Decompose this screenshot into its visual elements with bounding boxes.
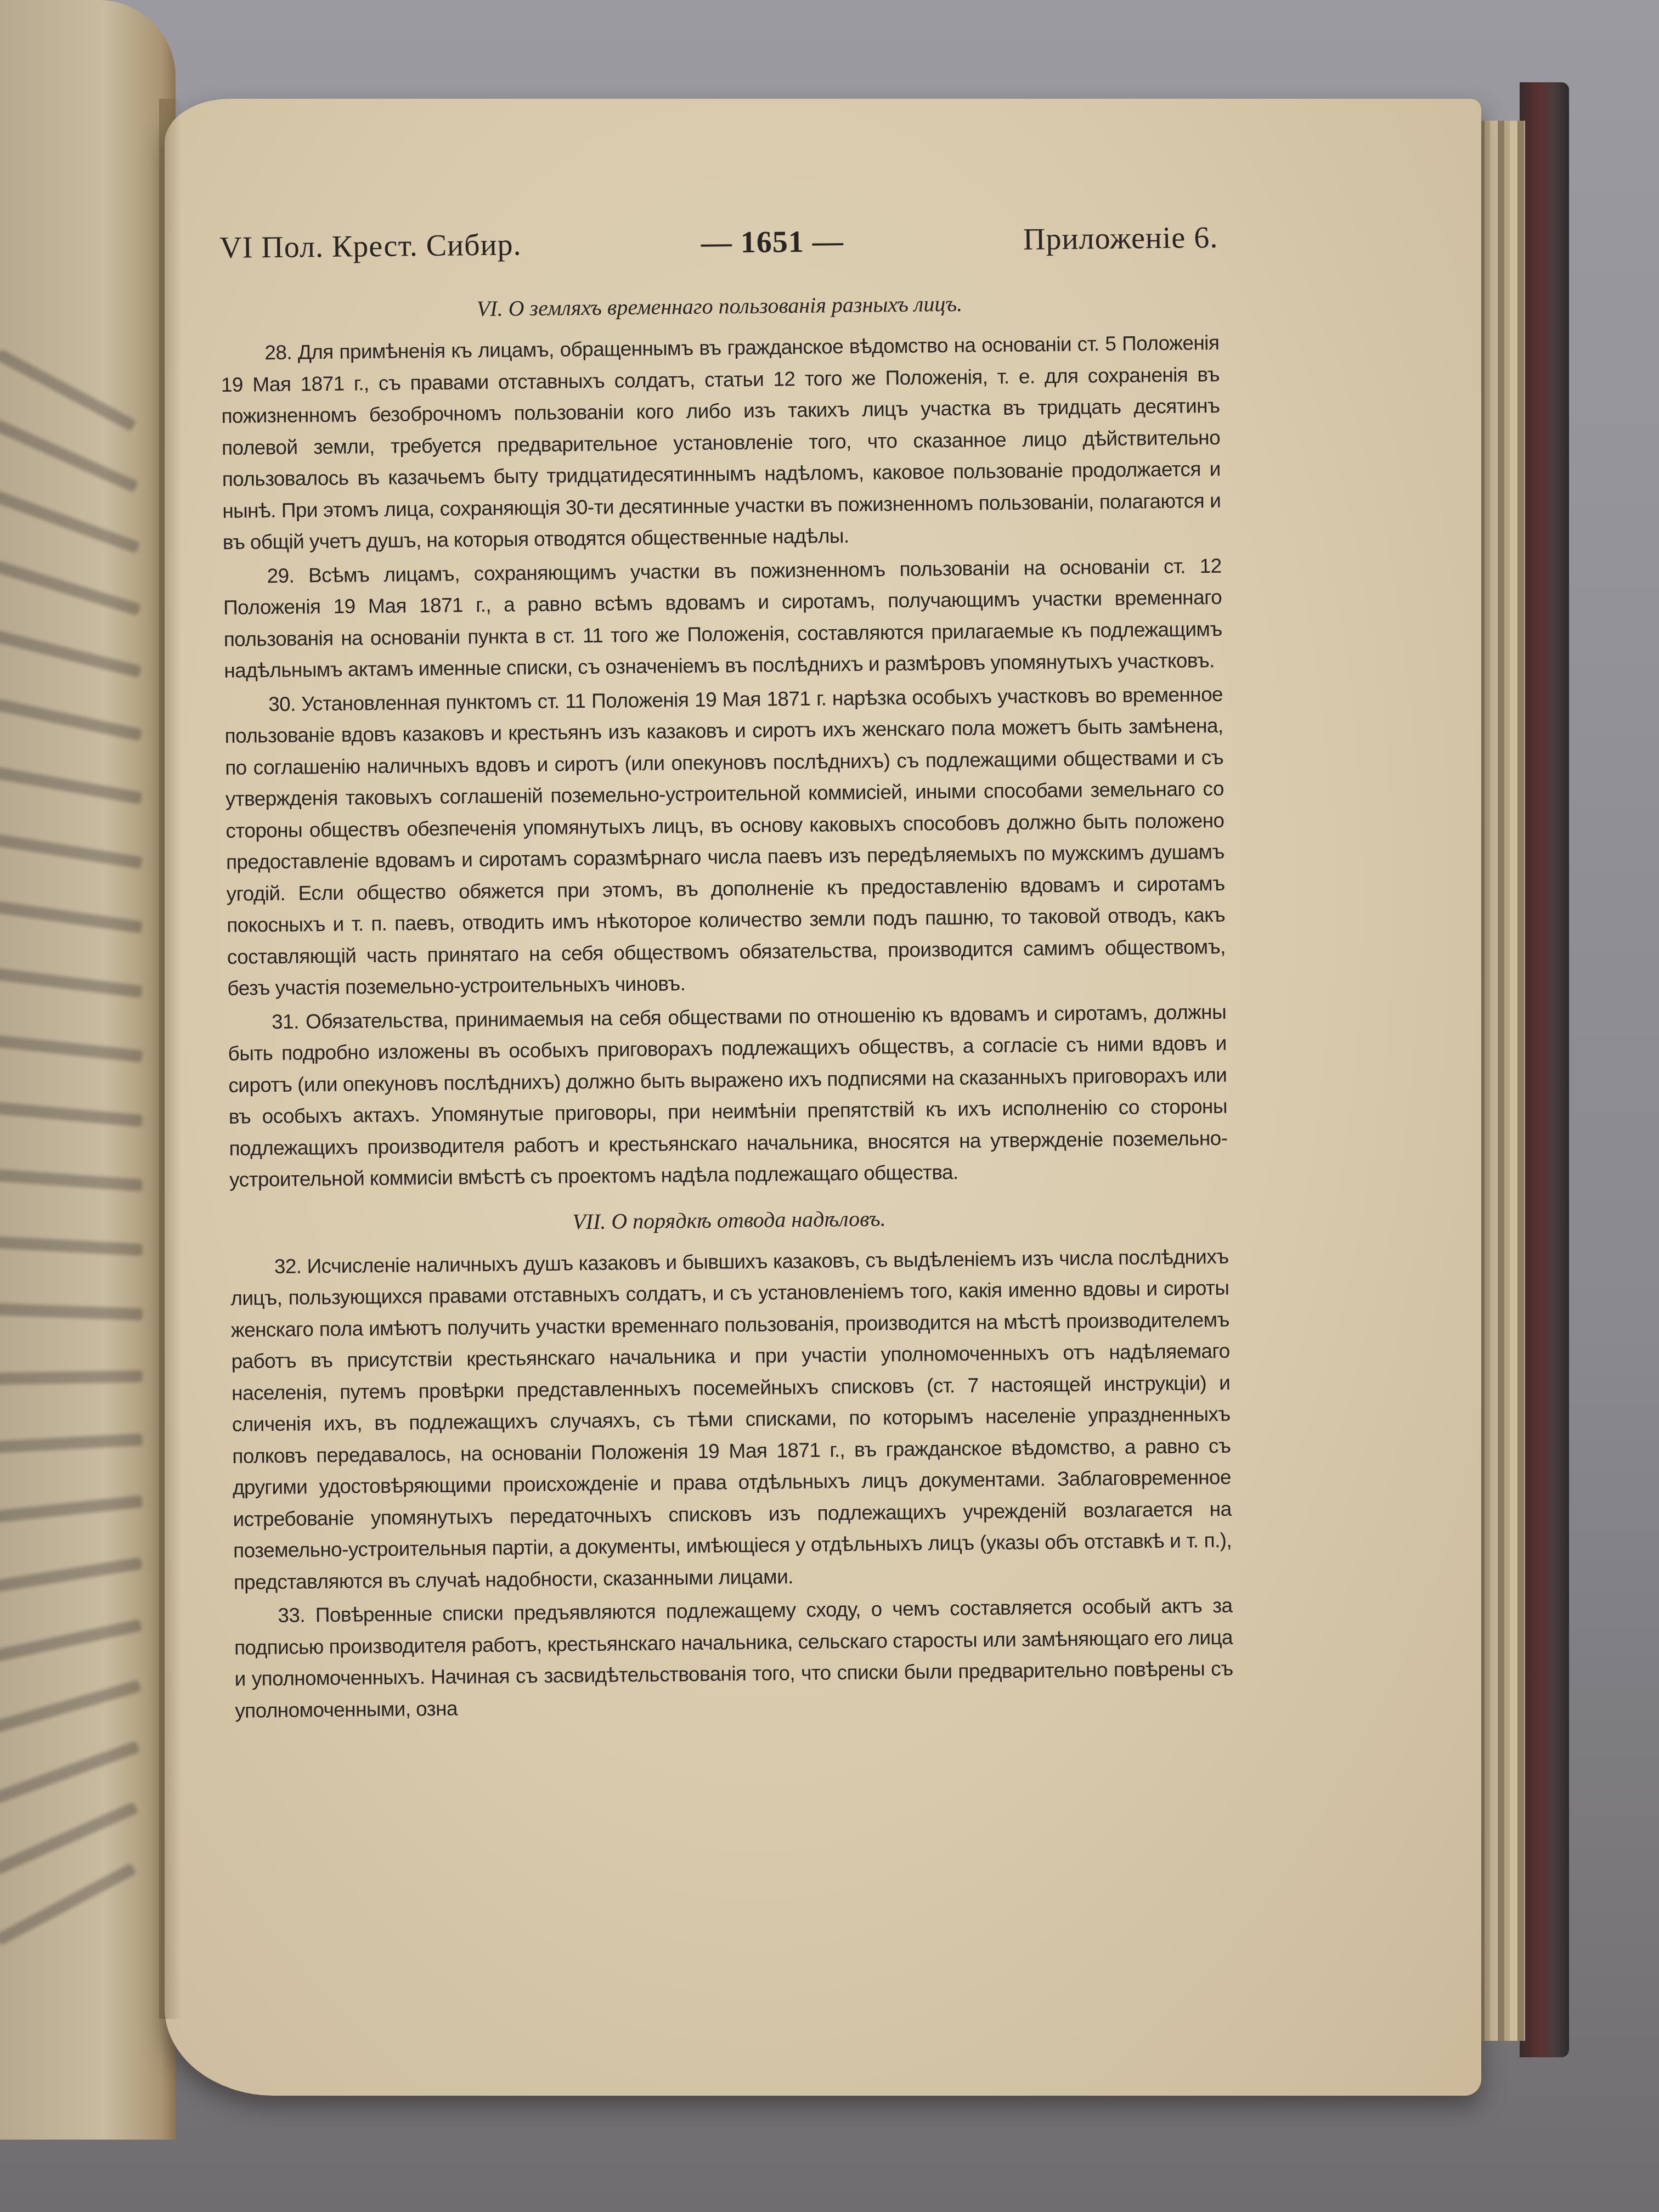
blurred-text-line — [0, 1741, 140, 1804]
page-content: VI Пол. Крест. Сибир. — 1651 — Приложені… — [219, 220, 1233, 1729]
paragraph-text: Повѣренные списки предъявляются подлежащ… — [234, 1594, 1233, 1722]
running-head-left: VI Пол. Крест. Сибир. — [219, 227, 522, 266]
paragraph-30: 30. Установленная пунктомъ ст. 11 Положе… — [224, 678, 1226, 1004]
paragraph-number: 31. — [272, 1010, 299, 1033]
paragraph-number: 30. — [268, 692, 296, 715]
page-number: — 1651 — — [701, 224, 844, 261]
blurred-text-line — [0, 490, 140, 554]
blurred-text-line — [0, 1236, 143, 1256]
left-facing-page — [0, 0, 176, 2140]
paragraph-29: 29. Всѣмъ лицамъ, сохраняющимъ участки в… — [223, 550, 1222, 686]
blurred-text-line — [0, 833, 143, 869]
paragraph-text: Обязательства, принимаемыя на себя общес… — [228, 1000, 1227, 1191]
paragraph-number: 29. — [267, 564, 294, 587]
blurred-text-line — [0, 1680, 142, 1734]
blurred-text-line — [0, 1169, 143, 1191]
blurred-text-line — [0, 766, 143, 804]
blurred-text-line — [0, 697, 142, 741]
paragraph-32: 32. Исчисленіе наличныхъ душъ казаковъ и… — [230, 1240, 1232, 1598]
blurred-text-line — [0, 629, 142, 678]
paragraph-text: Исчисленіе наличныхъ душъ казаковъ и быв… — [230, 1245, 1232, 1593]
blurred-text-line — [0, 1863, 137, 1946]
blurred-text-line — [0, 1802, 138, 1875]
paragraph-28: 28. Для примѣненія къ лицамъ, обращенным… — [221, 327, 1221, 558]
book-gutter — [159, 99, 181, 2019]
blurred-text-line — [0, 1434, 143, 1454]
blurred-text-line — [0, 967, 143, 998]
paragraph-33: 33. Повѣренные списки предъявляются подл… — [234, 1590, 1233, 1726]
blurred-text-line — [0, 1370, 143, 1385]
running-head-right: Приложеніе 6. — [1023, 220, 1218, 257]
paragraph-number: 28. — [264, 341, 292, 364]
blurred-text-line — [0, 1619, 142, 1663]
paragraph-text: Для примѣненія къ лицамъ, обращеннымъ въ… — [221, 331, 1221, 554]
blurred-text-line — [0, 1495, 143, 1523]
book-cover-edge — [1520, 82, 1569, 2057]
blurred-text-line — [0, 1303, 143, 1321]
paragraph-text: Установленная пунктомъ ст. 11 Положенія … — [224, 682, 1226, 1000]
blurred-text-line — [0, 900, 143, 934]
section-title-vi: VI. О земляхъ временнаго пользованія раз… — [220, 288, 1218, 324]
blurred-text-line — [0, 1557, 143, 1593]
paragraph-text: Всѣмъ лицамъ, сохраняющимъ участки въ по… — [223, 554, 1222, 682]
blurred-text-line — [0, 419, 138, 493]
paragraph-number: 33. — [278, 1604, 305, 1627]
blurred-text-line — [0, 1034, 143, 1062]
blurred-text-line — [0, 349, 137, 432]
blurred-text-line — [0, 560, 141, 616]
paragraph-number: 32. — [274, 1255, 302, 1278]
paragraph-31: 31. Обязательства, принимаемыя на себя о… — [228, 996, 1228, 1195]
blurred-text-line — [0, 1102, 143, 1127]
section-title-vii: VII. О порядкѣ отвода надѣловъ. — [230, 1201, 1228, 1238]
